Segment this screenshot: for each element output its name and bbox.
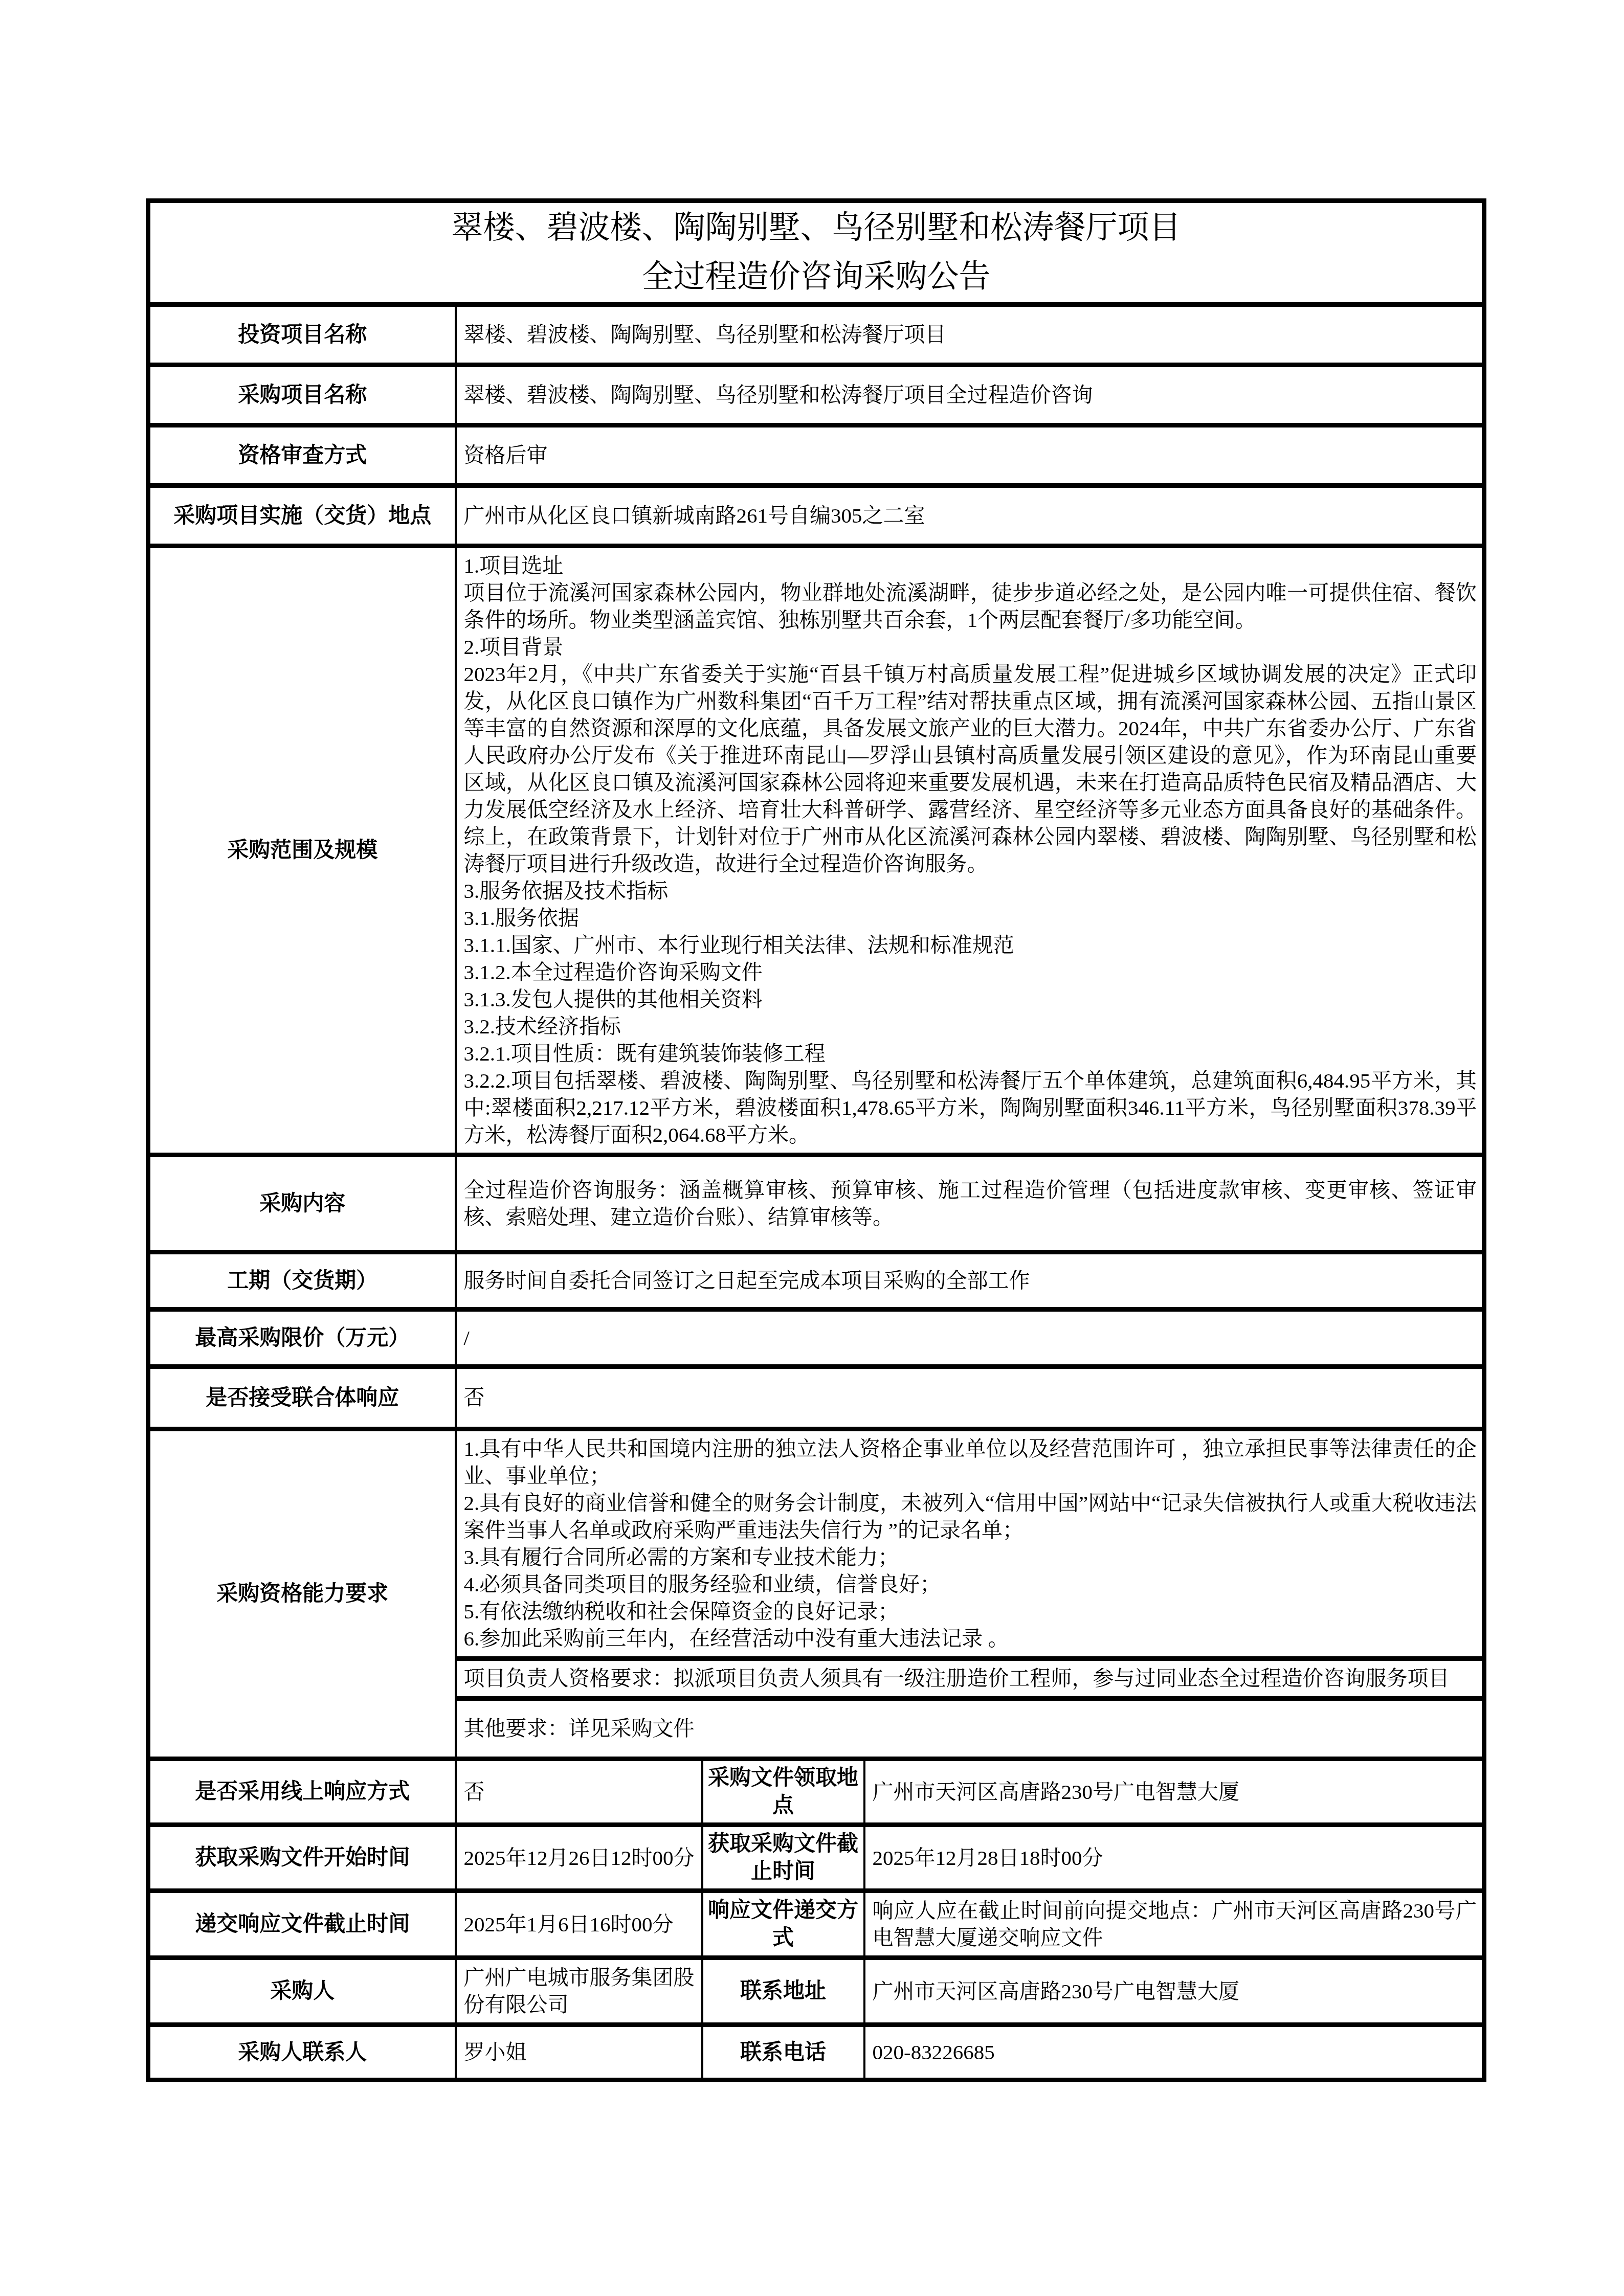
row-purchaser-contact: 采购人联系人 罗小姐 联系电话 020-83226685 [148, 2025, 1484, 2080]
doc-obtain-start-time-label: 获取采购文件开始时间 [148, 1825, 456, 1891]
row-investment-project-name: 投资项目名称 翠楼、碧波楼、陶陶别墅、鸟径别墅和松涛餐厅项目 [148, 305, 1484, 365]
response-submit-deadline-value: 2025年1月6日16时00分 [456, 1891, 702, 1958]
qualification-project-leader-value: 项目负责人资格要求：拟派项目负责人须具有一级注册造价工程师，参与过同业态全过程造… [456, 1659, 1484, 1699]
consortium-response-value: 否 [456, 1367, 1484, 1429]
row-response-submission: 递交响应文件截止时间 2025年1月6日16时00分 响应文件递交方式 响应人应… [148, 1891, 1484, 1958]
qualification-other-value: 其他要求：详见采购文件 [456, 1699, 1484, 1759]
investment-project-name-value: 翠楼、碧波楼、陶陶别墅、鸟径别墅和松涛餐厅项目 [456, 305, 1484, 365]
contact-phone-value: 020-83226685 [864, 2025, 1484, 2080]
response-submit-method-value: 响应人应在截止时间前向提交地点：广州市天河区高唐路230号广电智慧大厦递交响应文… [864, 1891, 1484, 1958]
purchaser-label: 采购人 [148, 1958, 456, 2025]
qualification-review-method-label: 资格审查方式 [148, 425, 456, 486]
scope-and-scale-label: 采购范围及规模 [148, 546, 456, 1155]
online-response-value: 否 [456, 1759, 702, 1825]
procurement-project-name-value: 翠楼、碧波楼、陶陶别墅、鸟径别墅和松涛餐厅项目全过程造价咨询 [456, 365, 1484, 425]
qualification-requirements-items: 1.具有中华人民共和国境内注册的独立法人资格企事业单位以及经营范围许可 ，独立承… [456, 1429, 1484, 1659]
consortium-response-label: 是否接受联合体响应 [148, 1367, 456, 1429]
row-procurement-project-name: 采购项目名称 翠楼、碧波楼、陶陶别墅、鸟径别墅和松涛餐厅项目全过程造价咨询 [148, 365, 1484, 425]
doc-obtain-start-time-value: 2025年12月26日12时00分 [456, 1825, 702, 1891]
row-purchaser: 采购人 广州广电城市服务集团股份有限公司 联系地址 广州市天河区高唐路230号广… [148, 1958, 1484, 2025]
page-title: 翠楼、碧波楼、陶陶别墅、鸟径别墅和松涛餐厅项目 全过程造价咨询采购公告 [148, 201, 1484, 305]
row-duration: 工期（交货期） 服务时间自委托合同签订之日起至完成本项目采购的全部工作 [148, 1252, 1484, 1310]
row-online-response: 是否采用线上响应方式 否 采购文件领取地点 广州市天河区高唐路230号广电智慧大… [148, 1759, 1484, 1825]
row-qualification-requirements: 采购资格能力要求 1.具有中华人民共和国境内注册的独立法人资格企事业单位以及经营… [148, 1429, 1484, 1659]
max-price-limit-value: / [456, 1310, 1484, 1367]
qualification-review-method-value: 资格后审 [456, 425, 1484, 486]
contact-phone-label: 联系电话 [702, 2025, 864, 2080]
contact-address-label: 联系地址 [702, 1958, 864, 2025]
qualification-requirements-label: 采购资格能力要求 [148, 1429, 456, 1759]
row-max-price-limit: 最高采购限价（万元） / [148, 1310, 1484, 1367]
row-procurement-content: 采购内容 全过程造价咨询服务：涵盖概算审核、预算审核、施工过程造价管理（包括进度… [148, 1155, 1484, 1252]
duration-label: 工期（交货期） [148, 1252, 456, 1310]
doc-pickup-location-value: 广州市天河区高唐路230号广电智慧大厦 [864, 1759, 1484, 1825]
procurement-project-name-label: 采购项目名称 [148, 365, 456, 425]
max-price-limit-label: 最高采购限价（万元） [148, 1310, 456, 1367]
row-qualification-review-method: 资格审查方式 资格后审 [148, 425, 1484, 486]
row-doc-obtain-times: 获取采购文件开始时间 2025年12月26日12时00分 获取采购文件截止时间 … [148, 1825, 1484, 1891]
row-implementation-location: 采购项目实施（交货）地点 广州市从化区良口镇新城南路261号自编305之二室 [148, 486, 1484, 546]
investment-project-name-label: 投资项目名称 [148, 305, 456, 365]
implementation-location-value: 广州市从化区良口镇新城南路261号自编305之二室 [456, 486, 1484, 546]
scope-and-scale-value: 1.项目选址 项目位于流溪河国家森林公园内，物业群地处流溪湖畔，徒步步道必经之处… [456, 546, 1484, 1155]
doc-pickup-location-label: 采购文件领取地点 [702, 1759, 864, 1825]
procurement-announcement-table: 翠楼、碧波楼、陶陶别墅、鸟径别墅和松涛餐厅项目 全过程造价咨询采购公告 投资项目… [146, 198, 1486, 2082]
online-response-label: 是否采用线上响应方式 [148, 1759, 456, 1825]
response-submit-deadline-label: 递交响应文件截止时间 [148, 1891, 456, 1958]
purchaser-value: 广州广电城市服务集团股份有限公司 [456, 1958, 702, 2025]
implementation-location-label: 采购项目实施（交货）地点 [148, 486, 456, 546]
purchaser-contact-value: 罗小姐 [456, 2025, 702, 2080]
row-consortium-response: 是否接受联合体响应 否 [148, 1367, 1484, 1429]
contact-address-value: 广州市天河区高唐路230号广电智慧大厦 [864, 1958, 1484, 2025]
doc-obtain-end-time-value: 2025年12月28日18时00分 [864, 1825, 1484, 1891]
procurement-content-label: 采购内容 [148, 1155, 456, 1252]
purchaser-contact-label: 采购人联系人 [148, 2025, 456, 2080]
title-row: 翠楼、碧波楼、陶陶别墅、鸟径别墅和松涛餐厅项目 全过程造价咨询采购公告 [148, 201, 1484, 305]
response-submit-method-label: 响应文件递交方式 [702, 1891, 864, 1958]
doc-obtain-end-time-label: 获取采购文件截止时间 [702, 1825, 864, 1891]
procurement-content-value: 全过程造价咨询服务：涵盖概算审核、预算审核、施工过程造价管理（包括进度款审核、变… [456, 1155, 1484, 1252]
row-scope-and-scale: 采购范围及规模 1.项目选址 项目位于流溪河国家森林公园内，物业群地处流溪湖畔，… [148, 546, 1484, 1155]
document-page: 翠楼、碧波楼、陶陶别墅、鸟径别墅和松涛餐厅项目 全过程造价咨询采购公告 投资项目… [0, 0, 1624, 2296]
duration-value: 服务时间自委托合同签订之日起至完成本项目采购的全部工作 [456, 1252, 1484, 1310]
